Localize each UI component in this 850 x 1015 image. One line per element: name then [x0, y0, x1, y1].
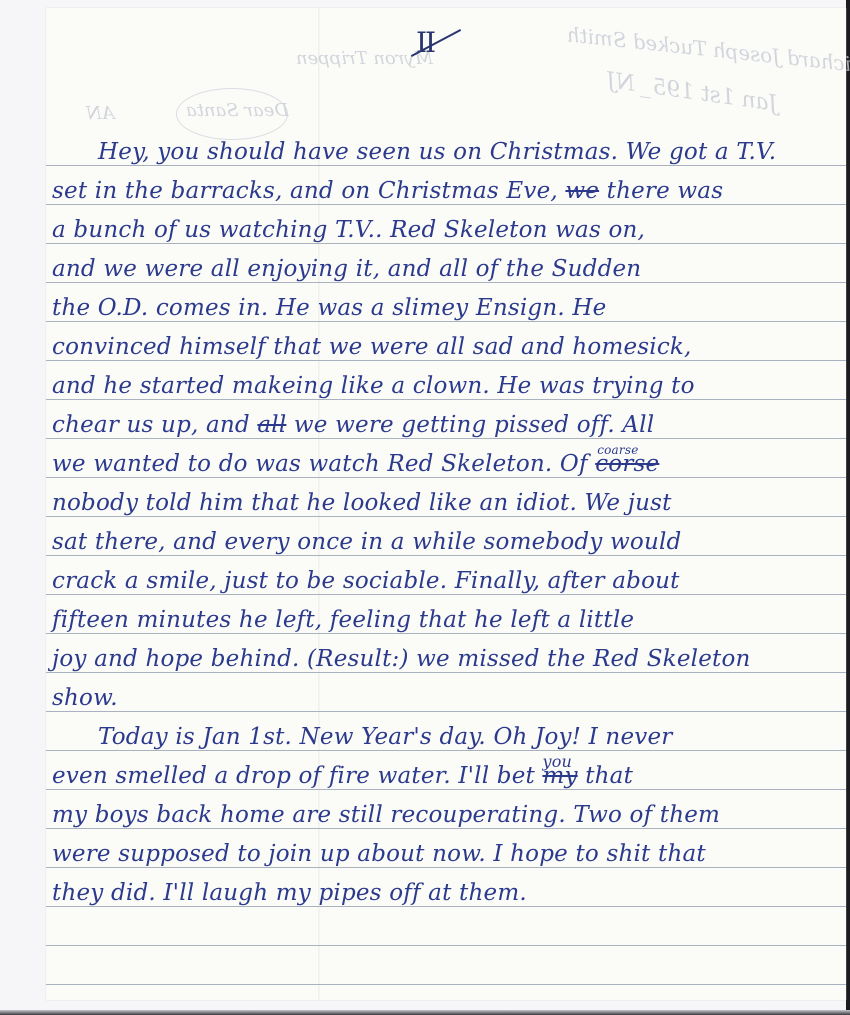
struck-word: we [565, 178, 599, 204]
letter-line: chear us up, and all we were getting pis… [52, 411, 850, 439]
letter-line: we wanted to do was watch Red Skeleton. … [52, 450, 850, 478]
line-text: we wanted to do was watch Red Skeleton. … [52, 451, 595, 477]
bleed-through-text: Myron Trippen [296, 48, 433, 69]
letter-line: joy and hope behind. (Result:) we missed… [52, 645, 850, 673]
correction-above: you [542, 748, 572, 776]
line-text: we were getting pissed off. All [286, 412, 654, 438]
letter-line: were supposed to join up about now. I ho… [52, 840, 850, 868]
line-text: that [578, 763, 633, 789]
letter-line: Today is Jan 1st. New Year's day. Oh Joy… [98, 723, 850, 751]
letter-line: set in the barracks, and on Christmas Ev… [52, 177, 850, 205]
letter-line: nobody told him that he looked like an i… [52, 489, 850, 517]
letter-line: even smelled a drop of fire water. I'll … [52, 762, 850, 790]
line-text: there was [599, 178, 723, 204]
letter-page: Richard Joseph Tucked Smith Jan 1st 195_… [46, 8, 846, 1000]
line-text: chear us up, and [52, 412, 257, 438]
line-text: even smelled a drop of fire water. I'll … [52, 763, 542, 789]
bleed-through-text: AN [86, 103, 115, 124]
letter-line: fifteen minutes he left, feeling that he… [52, 606, 850, 634]
page-number: II [416, 26, 434, 59]
letter-line: and he started makeing like a clown. He … [52, 372, 850, 400]
letter-line: my boys back home are still recouperatin… [52, 801, 850, 829]
page-number-text: II [416, 26, 434, 59]
letter-line: crack a smile, just to be sociable. Fina… [52, 567, 850, 595]
correction-above: coarse [597, 436, 638, 464]
letter-line: convinced himself that we were all sad a… [52, 333, 850, 361]
letter-line: they did. I'll laugh my pipes off at the… [52, 879, 850, 907]
letter-line: the O.D. comes in. He was a slimey Ensig… [52, 294, 850, 322]
bleed-through-text: Jan 1st 195_ NJ [605, 68, 779, 117]
scanner-bottom-edge [0, 1010, 850, 1015]
ruled-line [46, 984, 846, 985]
letter-line: Hey, you should have seen us on Christma… [98, 138, 850, 166]
bleed-through-text: Dear Santa [186, 100, 289, 121]
line-text: set in the barracks, and on Christmas Ev… [52, 178, 565, 204]
letter-line: and we were all enjoying it, and all of … [52, 255, 850, 283]
letter-line: a bunch of us watching T.V.. Red Skeleto… [52, 216, 850, 244]
letter-line: sat there, and every once in a while som… [52, 528, 850, 556]
struck-word: all [257, 412, 286, 438]
ruled-line [46, 945, 846, 946]
letter-line: show. [52, 684, 850, 712]
